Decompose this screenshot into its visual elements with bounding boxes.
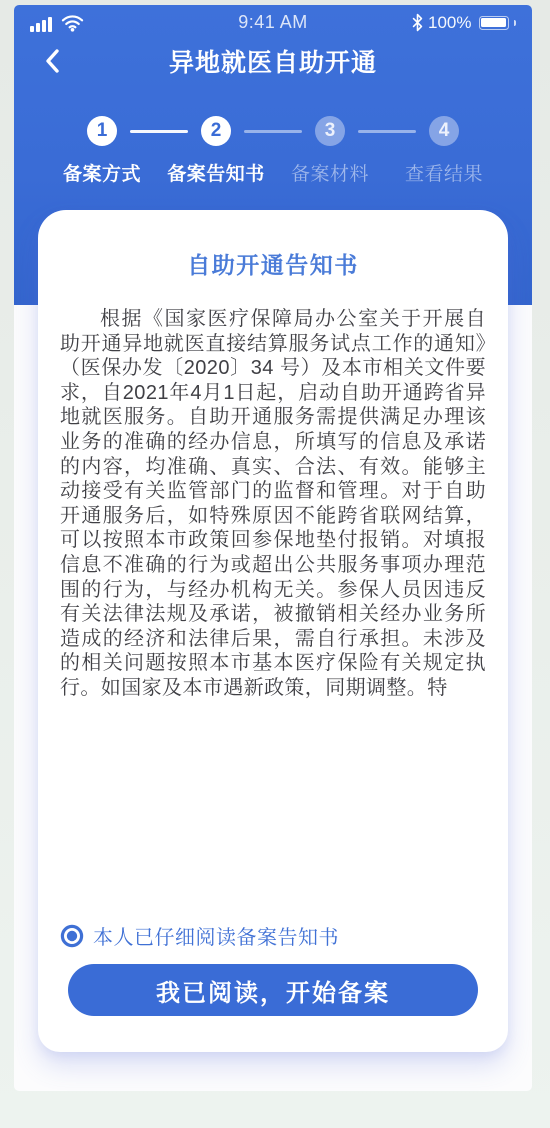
notice-body: 根据《国家医疗保障局办公室关于开展自助开通异地就医直接结算服务试点工作的通知》（… xyxy=(60,307,486,701)
step-1-label: 备案方式 xyxy=(45,159,159,186)
step-connector-2-3 xyxy=(244,130,302,133)
radio-selected-icon[interactable] xyxy=(60,924,84,948)
step-2-label: 备案告知书 xyxy=(159,159,273,186)
step-3-label: 备案材料 xyxy=(273,159,387,186)
step-3-number: 3 xyxy=(325,120,336,142)
status-right-icons: 100% xyxy=(411,13,516,33)
bluetooth-icon xyxy=(411,13,424,32)
step-3-indicator: 3 xyxy=(315,116,345,146)
submit-button[interactable]: 我已阅读，开始备案 xyxy=(68,964,478,1016)
step-2-indicator: 2 xyxy=(201,116,231,146)
battery-icon xyxy=(479,16,509,30)
consent-radio-row[interactable]: 本人已仔细阅读备案告知书 xyxy=(60,921,339,950)
stepper: 1 2 3 4 备案方式 备案告知书 备案材料 查看结果 xyxy=(14,116,532,186)
notice-card: 自助开通告知书 根据《国家医疗保障局办公室关于开展自助开通异地就医直接结算服务试… xyxy=(38,210,508,1052)
step-2-number: 2 xyxy=(211,120,222,142)
step-4-number: 4 xyxy=(439,120,450,142)
chevron-left-icon xyxy=(43,48,61,74)
page-title: 异地就医自助开通 xyxy=(14,43,532,79)
step-1-number: 1 xyxy=(97,120,108,142)
step-1-indicator: 1 xyxy=(87,116,117,146)
notice-title: 自助开通告知书 xyxy=(38,247,508,280)
photo-frame: 9:41 AM 100% 异地就医自助开通 1 xyxy=(0,0,550,1128)
step-4-indicator: 4 xyxy=(429,116,459,146)
status-bar: 9:41 AM 100% xyxy=(14,5,532,31)
stepper-circles: 1 2 3 4 xyxy=(14,116,532,146)
stepper-labels: 备案方式 备案告知书 备案材料 查看结果 xyxy=(14,159,532,186)
consent-label: 本人已仔细阅读备案告知书 xyxy=(93,921,339,950)
back-button[interactable] xyxy=(36,45,68,77)
step-4-label: 查看结果 xyxy=(387,159,501,186)
step-connector-3-4 xyxy=(358,130,416,133)
nav-bar: 异地就医自助开通 xyxy=(14,42,532,80)
app-screen: 9:41 AM 100% 异地就医自助开通 1 xyxy=(14,5,532,1091)
step-connector-1-2 xyxy=(130,130,188,133)
battery-percent: 100% xyxy=(428,13,471,33)
battery-tip xyxy=(514,20,517,26)
